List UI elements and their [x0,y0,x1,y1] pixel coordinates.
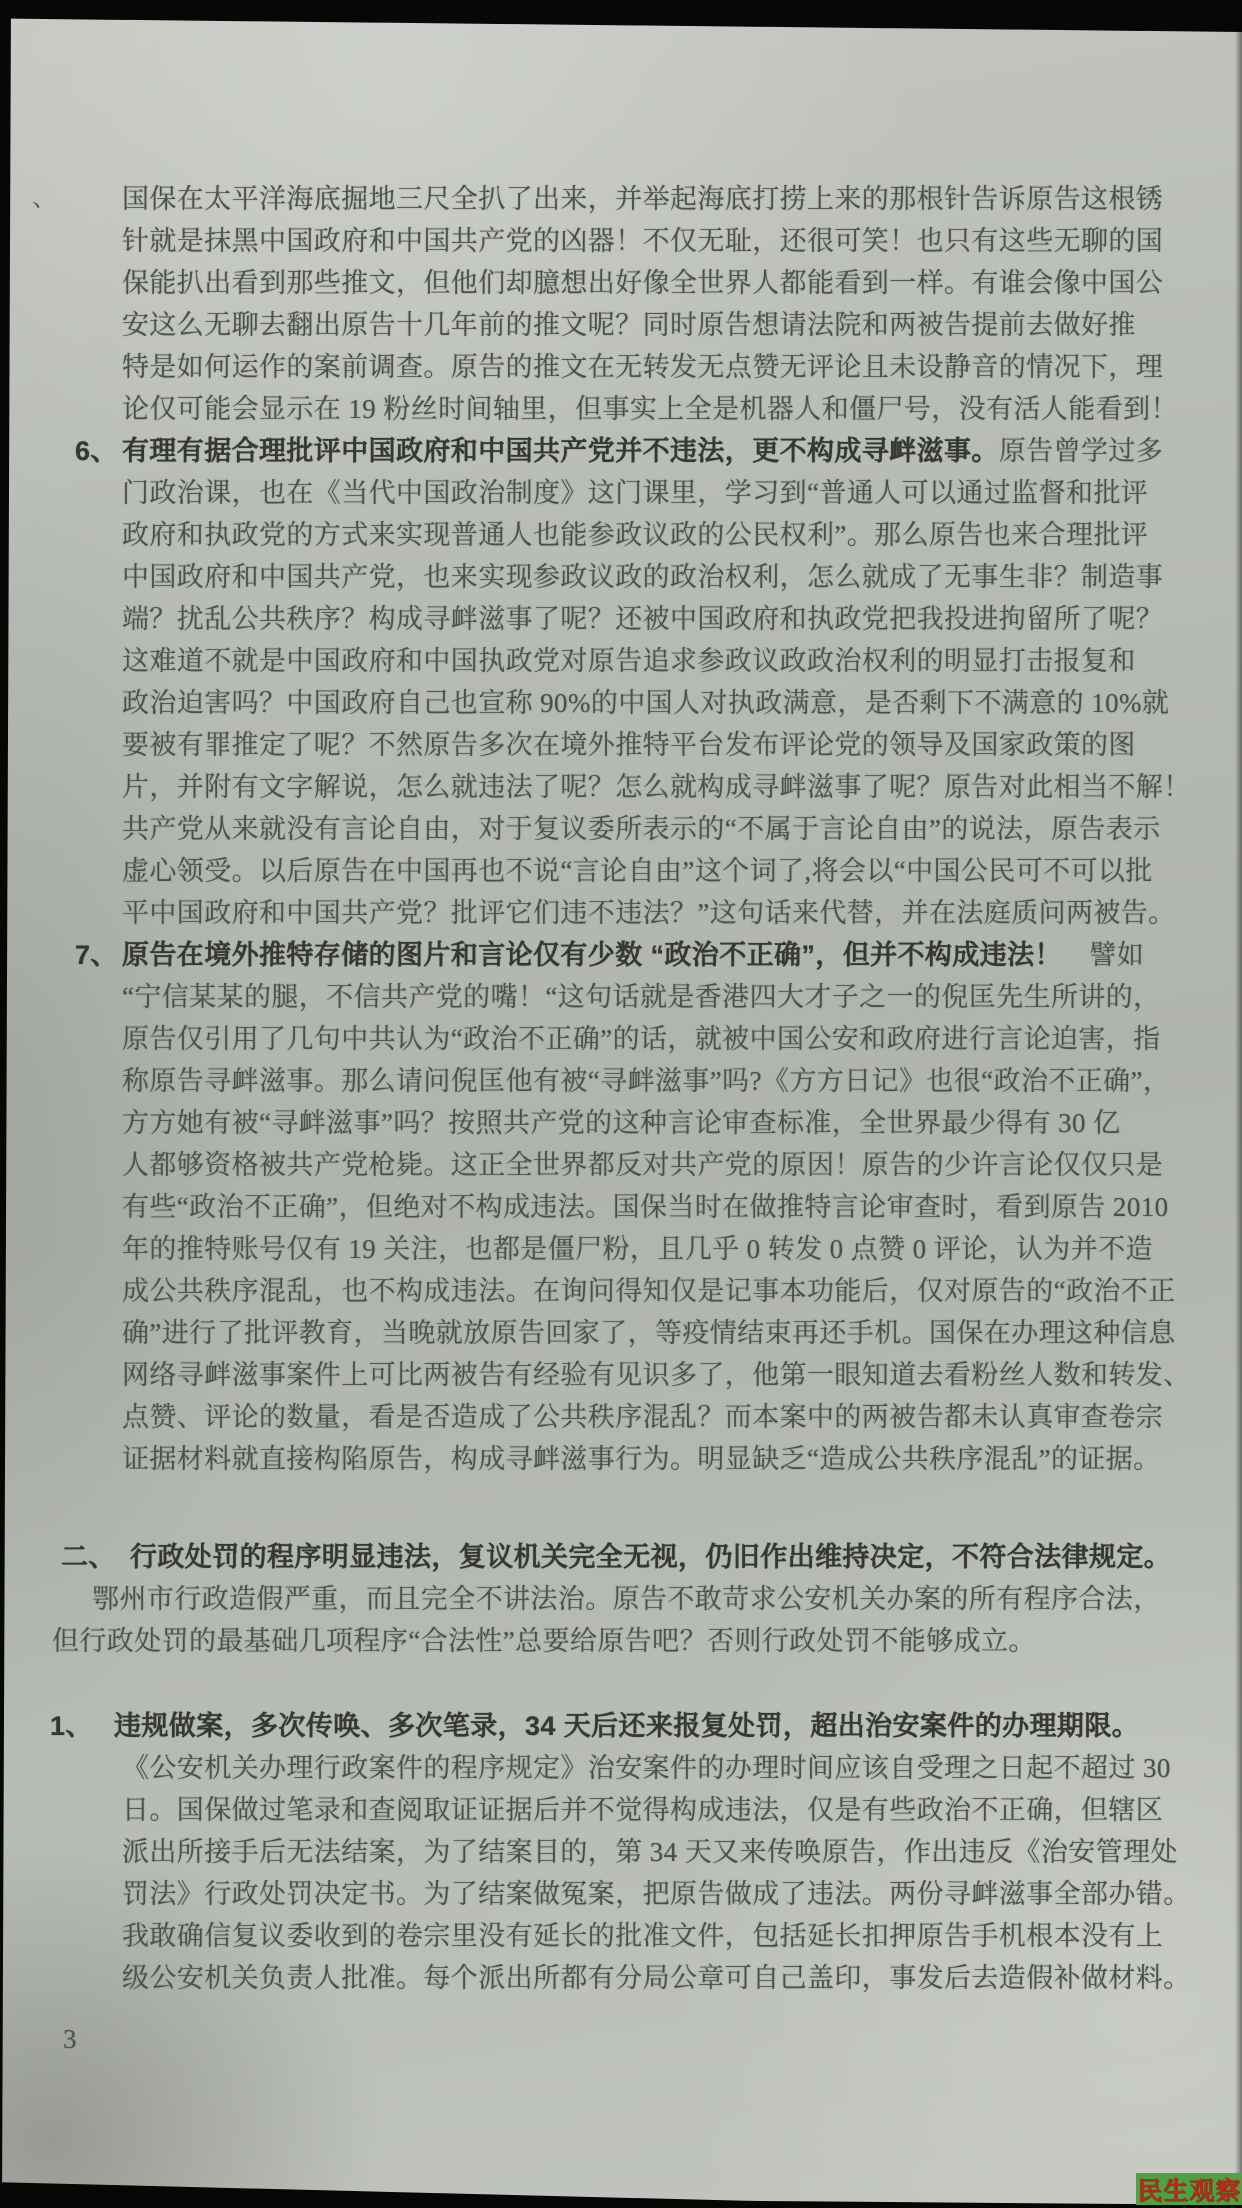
document-body: 国保在太平洋海底掘地三尺全扒了出来，并举起海底打捞上来的那根针告诉原告这根锈针就… [0,0,1242,1999]
watermark-text: 民生观察 [1137,2171,1241,2207]
body-text: 特是如何运作的案前调查。原告的推文在无转发无点赞无评论且未设静音的情况下，理 [122,352,1163,382]
text-line: 片，并附有文字解说，怎么就违法了呢？怎么就构成寻衅滋事了呢？原告对此相当不解！ [122,766,1242,808]
text-line: 有些“政治不正确”，但绝对不构成违法。国保当时在做推特言论审查时，看到原告 20… [122,1186,1242,1228]
body-text: 确”进行了批评教育，当晚就放原告回家了，等疫情结束再还手机。国保在办理这种信息 [122,1318,1176,1348]
photo-frame: 、 国保在太平洋海底掘地三尺全扒了出来，并举起海底打捞上来的那根针告诉原告这根锈… [0,0,1242,2208]
text-line: 级公安机关负责人批准。每个派出所都有分局公章可自己盖印，事发后去造假补做材料。 [122,1957,1242,1999]
paragraph-continuation: 国保在太平洋海底掘地三尺全扒了出来，并举起海底打捞上来的那根针告诉原告这根锈针就… [0,178,1242,430]
item-number: 7、 [75,934,118,976]
text-line: 1、违规做案，多次传唤、多次笔录，34 天后还来报复处罚，超出治安案件的办理期限… [114,1705,1242,1747]
body-text: 片，并附有文字解说，怎么就违法了呢？怎么就构成寻衅滋事了呢？原告对此相当不解！ [122,772,1191,802]
body-text: 罚法》行政处罚决定书。为了结案做冤案，把原告做成了违法。两份寻衅滋事全部办错。 [122,1879,1191,1909]
text-line: 鄂州市行政造假严重，而且完全不讲法治。原告不敢苛求公安机关办案的所有程序合法， [92,1578,1242,1620]
text-line: 保能扒出看到那些推文，但他们却臆想出好像全世界人都能看到一样。有谁会像中国公 [122,262,1242,304]
document-page: 、 国保在太平洋海底掘地三尺全扒了出来，并举起海底打捞上来的那根针告诉原告这根锈… [0,0,1242,2208]
text-line: 网络寻衅滋事案件上可比两被告有经验有见识多了，他第一眼知道去看粉丝人数和转发、 [122,1354,1242,1396]
text-line: “宁信某某的腿，不信共产党的嘴！“这句话就是香港四大才子之一的倪匡先生所讲的， [122,976,1242,1018]
page-number: 3 [63,2018,77,2060]
body-text: 门政治课，也在《当代中国政治制度》这门课里，学习到“普通人可以通过监督和批评 [122,478,1148,508]
body-text: 平中国政府和中国共产党？批评它们违不违法？”这句话来代替，并在法庭质问两被告。 [122,898,1176,928]
body-text: 我敢确信复议委收到的卷宗里没有延长的批准文件，包括延长扣押原告手机根本没有上 [122,1921,1163,1951]
text-line: 中国政府和中国共产党，也来实现参政议政的政治权利，怎么就成了无事生非？制造事 [122,556,1242,598]
item-6: 6、有理有据合理批评中国政府和中国共产党并不违法，更不构成寻衅滋事。原告曾学过多… [0,430,1242,934]
text-line: 这难道不就是中国政府和中国执政党对原告追求参政议政政治权利的明显打击报复和 [122,640,1242,682]
body-text: 政治迫害吗？中国政府自己也宣称 90%的中国人对执政满意，是否剩下不满意的 10… [122,688,1169,718]
body-text: 网络寻衅滋事案件上可比两被告有经验有见识多了，他第一眼知道去看粉丝人数和转发、 [122,1360,1191,1390]
text-line: 要被有罪推定了呢？不然原告多次在境外推特平台发布评论党的领导及国家政策的图 [122,724,1242,766]
text-line: 我敢确信复议委收到的卷宗里没有延长的批准文件，包括延长扣押原告手机根本没有上 [122,1915,1242,1957]
text-line: 成公共秩序混乱，也不构成违法。在询问得知仅是记事本功能后，仅对原告的“政治不正 [122,1270,1242,1312]
body-text: 点赞、评论的数量，看是否造成了公共秩序混乱？而本案中的两被告都未认真审查卷宗 [122,1402,1163,1432]
text-line: 确”进行了批评教育，当晚就放原告回家了，等疫情结束再还手机。国保在办理这种信息 [122,1312,1242,1354]
body-text: 原告曾学过多 [999,436,1163,466]
text-line: 方方她有被“寻衅滋事”吗？按照共产党的这种言论审查标准，全世界最少得有 30 亿 [122,1102,1242,1144]
text-line: 二、行政处罚的程序明显违法，复议机关完全无视，仍旧作出维持决定，不符合法律规定。 [130,1536,1242,1578]
body-text: 共产党从来就没有言论自由，对于复议委所表示的“不属于言论自由”的说法，原告表示 [122,814,1161,844]
text-line: 人都够资格被共产党枪毙。这正全世界都反对共产党的原因！原告的少许言论仅仅只是 [122,1144,1242,1186]
text-line: 特是如何运作的案前调查。原告的推文在无转发无点赞无评论且未设静音的情况下，理 [122,346,1242,388]
body-text: 称原告寻衅滋事。那么请问倪匡他有被“寻衅滋事”吗?《方方日记》也很“政治不正确”… [122,1066,1170,1096]
body-text: 论仅可能会显示在 19 粉丝时间轴里，但事实上全是机器人和僵尸号，没有活人能看到… [122,394,1178,424]
body-text: 虚心领受。以后原告在中国再也不说“言论自由”这个词了,将会以“中国公民可不可以批 [122,856,1153,886]
text-line: 共产党从来就没有言论自由，对于复议委所表示的“不属于言论自由”的说法，原告表示 [122,808,1242,850]
text-line: 但行政处罚的最基础几项程序“合法性”总要给原告吧？否则行政处罚不能够成立。 [52,1620,1242,1662]
body-text: 譬如 [1062,940,1144,970]
body-text: 原告仅引用了几句中共认为“政治不正确”的话，就被中国公安和政府进行言论迫害，指 [122,1024,1161,1054]
text-line: 年的推特账号仅有 19 关注，也都是僵尸粉，且几乎 0 转发 0 点赞 0 评论… [122,1228,1242,1270]
text-line: 国保在太平洋海底掘地三尺全扒了出来，并举起海底打捞上来的那根针告诉原告这根锈 [122,178,1242,220]
body-text: 人都够资格被共产党枪毙。这正全世界都反对共产党的原因！原告的少许言论仅仅只是 [122,1150,1163,1180]
body-text: 政府和执政党的方式来实现普通人也能参政议政的公民权利”。那么原告也来合理批评 [122,520,1148,550]
bold-text: 行政处罚的程序明显违法，复议机关完全无视，仍旧作出维持决定，不符合法律规定。 [130,1542,1171,1572]
body-text: 鄂州市行政造假严重，而且完全不讲法治。原告不敢苛求公安机关办案的所有程序合法， [92,1584,1161,1614]
body-text: 保能扒出看到那些推文，但他们却臆想出好像全世界人都能看到一样。有谁会像中国公 [122,268,1163,298]
section-2-intro: 鄂州市行政造假严重，而且完全不讲法治。原告不敢苛求公安机关办案的所有程序合法，但… [0,1578,1242,1662]
section-2-heading: 二、行政处罚的程序明显违法，复议机关完全无视，仍旧作出维持决定，不符合法律规定。 [0,1536,1242,1578]
body-text: 证据材料就直接构陷原告，构成寻衅滋事行为。明显缺乏“造成公共秩序混乱”的证据。 [122,1444,1161,1474]
body-text: 但行政处罚的最基础几项程序“合法性”总要给原告吧？否则行政处罚不能够成立。 [52,1626,1036,1656]
photo-border-right [1235,0,1242,2208]
body-text: 安这么无聊去翻出原告十几年前的推文呢？同时原告想请法院和两被告提前去做好推 [122,310,1136,340]
body-text: 要被有罪推定了呢？不然原告多次在境外推特平台发布评论党的领导及国家政策的图 [122,730,1136,760]
text-line: 端？扰乱公共秩序？构成寻衅滋事了呢？还被中国政府和执政党把我投进拘留所了呢？ [122,598,1242,640]
item-1: 1、违规做案，多次传唤、多次笔录，34 天后还来报复处罚，超出治安案件的办理期限… [0,1705,1242,1999]
bold-text: 违规做案，多次传唤、多次笔录，34 天后还来报复处罚，超出治安案件的办理期限。 [114,1711,1139,1741]
text-line: 政府和执政党的方式来实现普通人也能参政议政的公民权利”。那么原告也来合理批评 [122,514,1242,556]
text-line: 政治迫害吗？中国政府自己也宣称 90%的中国人对执政满意，是否剩下不满意的 10… [122,682,1242,724]
text-line: 门政治课，也在《当代中国政治制度》这门课里，学习到“普通人可以通过监督和批评 [122,472,1242,514]
body-text: “宁信某某的腿，不信共产党的嘴！“这句话就是香港四大才子之一的倪匡先生所讲的， [122,982,1161,1012]
text-line: 称原告寻衅滋事。那么请问倪匡他有被“寻衅滋事”吗?《方方日记》也很“政治不正确”… [122,1060,1242,1102]
text-line: 罚法》行政处罚决定书。为了结案做冤案，把原告做成了违法。两份寻衅滋事全部办错。 [122,1873,1242,1915]
text-line: 6、有理有据合理批评中国政府和中国共产党并不违法，更不构成寻衅滋事。原告曾学过多 [122,430,1242,472]
body-text: 端？扰乱公共秩序？构成寻衅滋事了呢？还被中国政府和执政党把我投进拘留所了呢？ [122,604,1163,634]
body-text: 成公共秩序混乱，也不构成违法。在询问得知仅是记事本功能后，仅对原告的“政治不正 [122,1276,1176,1306]
text-line: 安这么无聊去翻出原告十几年前的推文呢？同时原告想请法院和两被告提前去做好推 [122,304,1242,346]
bold-text: 原告在境外推特存储的图片和言论仅有少数 “政治不正确”，但并不构成违法！ [122,940,1062,970]
body-text: 针就是抹黑中国政府和中国共产党的凶器！不仅无耻，还很可笑！也只有这些无聊的国 [122,226,1163,256]
text-line: 针就是抹黑中国政府和中国共产党的凶器！不仅无耻，还很可笑！也只有这些无聊的国 [122,220,1242,262]
text-line: 7、原告在境外推特存储的图片和言论仅有少数 “政治不正确”，但并不构成违法！ 譬… [122,934,1242,976]
body-text: 派出所接手后无法结案，为了结案目的，第 34 天又来传唤原告，作出违反《治安管理… [122,1837,1178,1867]
item-number: 二、 [61,1536,116,1578]
body-text: 有些“政治不正确”，但绝对不构成违法。国保当时在做推特言论审查时，看到原告 20… [122,1192,1169,1222]
body-text: 《公安机关办理行政案件的程序规定》治安案件的办理时间应该自受理之日起不超过 30 [122,1753,1171,1783]
text-line: 派出所接手后无法结案，为了结案目的，第 34 天又来传唤原告，作出违反《治安管理… [122,1831,1242,1873]
item-number: 1、 [50,1705,93,1747]
text-line: 证据材料就直接构陷原告，构成寻衅滋事行为。明显缺乏“造成公共秩序混乱”的证据。 [122,1438,1242,1480]
body-text: 级公安机关负责人批准。每个派出所都有分局公章可自己盖印，事发后去造假补做材料。 [122,1963,1191,1993]
text-line: 原告仅引用了几句中共认为“政治不正确”的话，就被中国公安和政府进行言论迫害，指 [122,1018,1242,1060]
text-line: 论仅可能会显示在 19 粉丝时间轴里，但事实上全是机器人和僵尸号，没有活人能看到… [122,388,1242,430]
bold-text: 有理有据合理批评中国政府和中国共产党并不违法，更不构成寻衅滋事。 [122,436,999,466]
body-text: 日。国保做过笔录和查阅取证证据后并不觉得构成违法，仅是有些政治不正确，但辖区 [122,1795,1163,1825]
body-text: 方方她有被“寻衅滋事”吗？按照共产党的这种言论审查标准，全世界最少得有 30 亿 [122,1108,1120,1138]
item-number: 6、 [75,430,118,472]
body-text: 国保在太平洋海底掘地三尺全扒了出来，并举起海底打捞上来的那根针告诉原告这根锈 [122,184,1163,214]
text-line: 日。国保做过笔录和查阅取证证据后并不觉得构成违法，仅是有些政治不正确，但辖区 [122,1789,1242,1831]
watermark-badge: 民生观察 [1136,2173,1242,2205]
text-line: 虚心领受。以后原告在中国再也不说“言论自由”这个词了,将会以“中国公民可不可以批 [122,850,1242,892]
body-text: 这难道不就是中国政府和中国执政党对原告追求参政议政政治权利的明显打击报复和 [122,646,1136,676]
body-text: 年的推特账号仅有 19 关注，也都是僵尸粉，且几乎 0 转发 0 点赞 0 评论… [122,1234,1153,1264]
body-text: 中国政府和中国共产党，也来实现参政议政的政治权利，怎么就成了无事生非？制造事 [122,562,1163,592]
text-line: 平中国政府和中国共产党？批评它们违不违法？”这句话来代替，并在法庭质问两被告。 [122,892,1242,934]
item-7: 7、原告在境外推特存储的图片和言论仅有少数 “政治不正确”，但并不构成违法！ 譬… [0,934,1242,1480]
text-line: 点赞、评论的数量，看是否造成了公共秩序混乱？而本案中的两被告都未认真审查卷宗 [122,1396,1242,1438]
text-line: 《公安机关办理行政案件的程序规定》治安案件的办理时间应该自受理之日起不超过 30 [122,1747,1242,1789]
